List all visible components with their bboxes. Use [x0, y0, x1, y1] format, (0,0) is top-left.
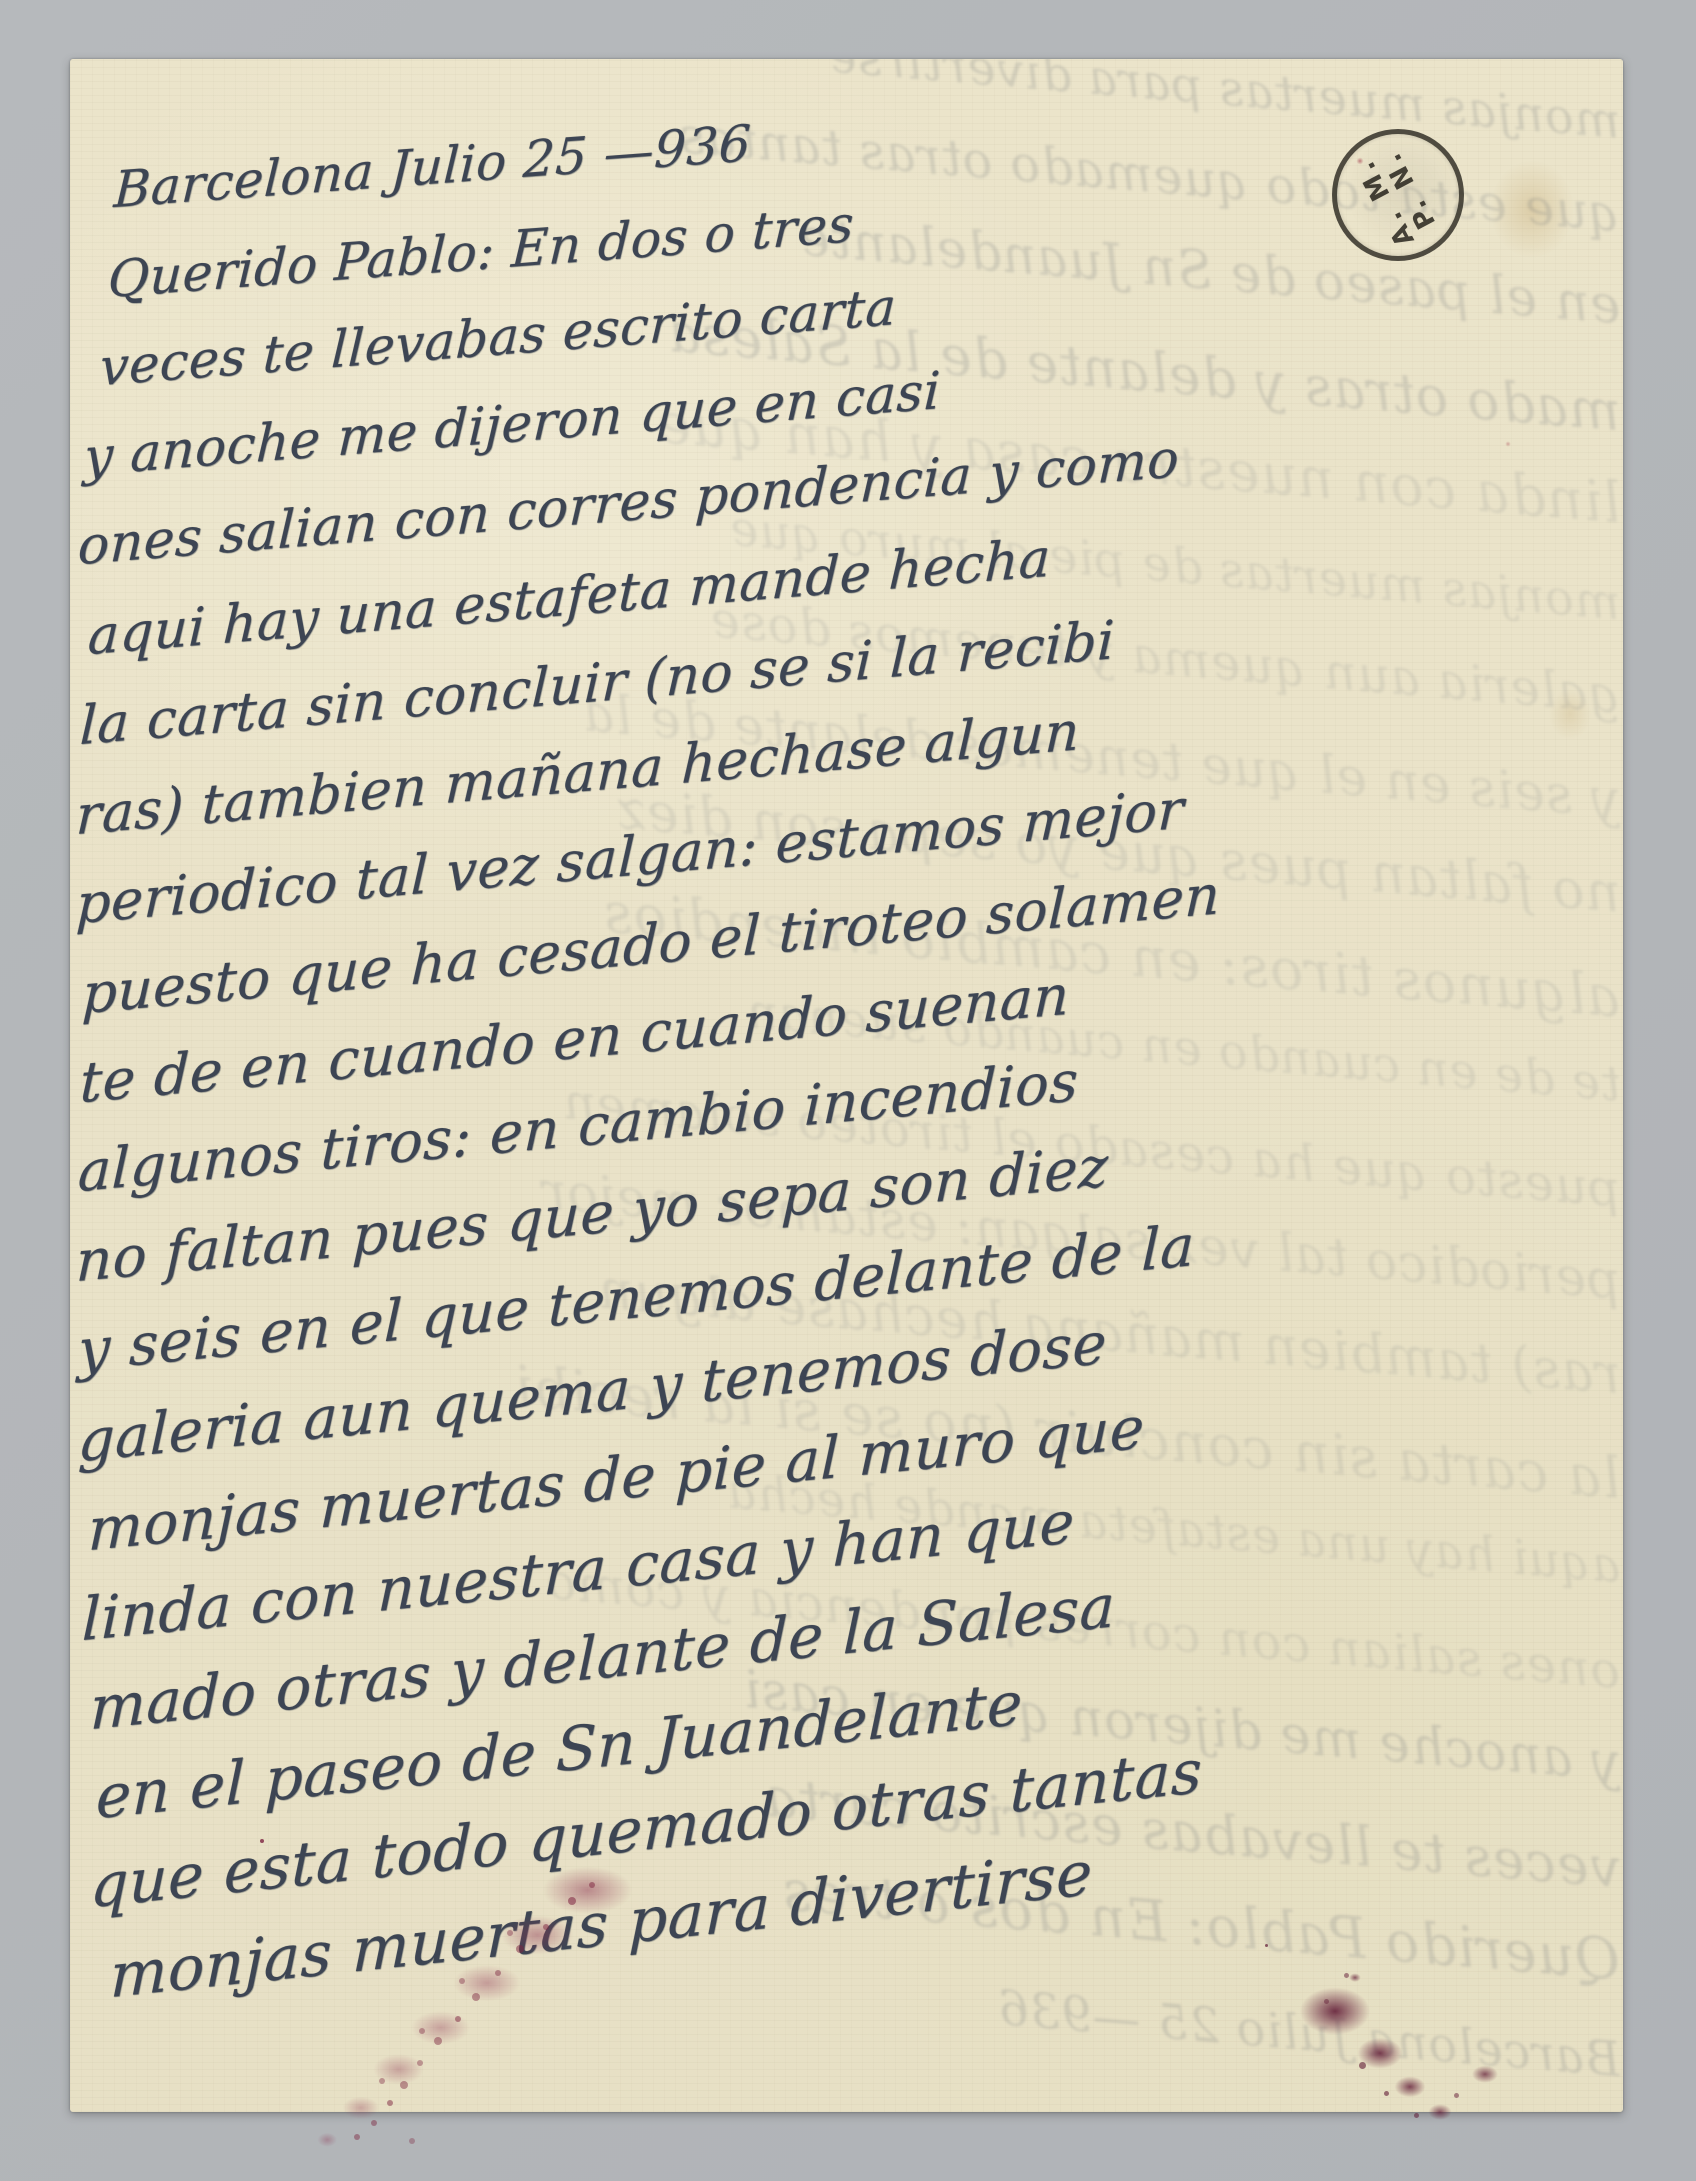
scanner-mat-background: monjas muertas para divertirseque esta t… [0, 0, 1696, 2181]
archive-stamp: A. M. P. N. [1332, 129, 1464, 261]
archive-stamp-letters: A. M. P. N. [1352, 140, 1445, 250]
handwriting-layer: Barcelona Julio 25 —936Querido Pablo: En… [70, 59, 1623, 2112]
handwriting-line: Barcelona Julio 25 —936 [113, 114, 753, 219]
letter-paper: monjas muertas para divertirseque esta t… [70, 59, 1623, 2112]
